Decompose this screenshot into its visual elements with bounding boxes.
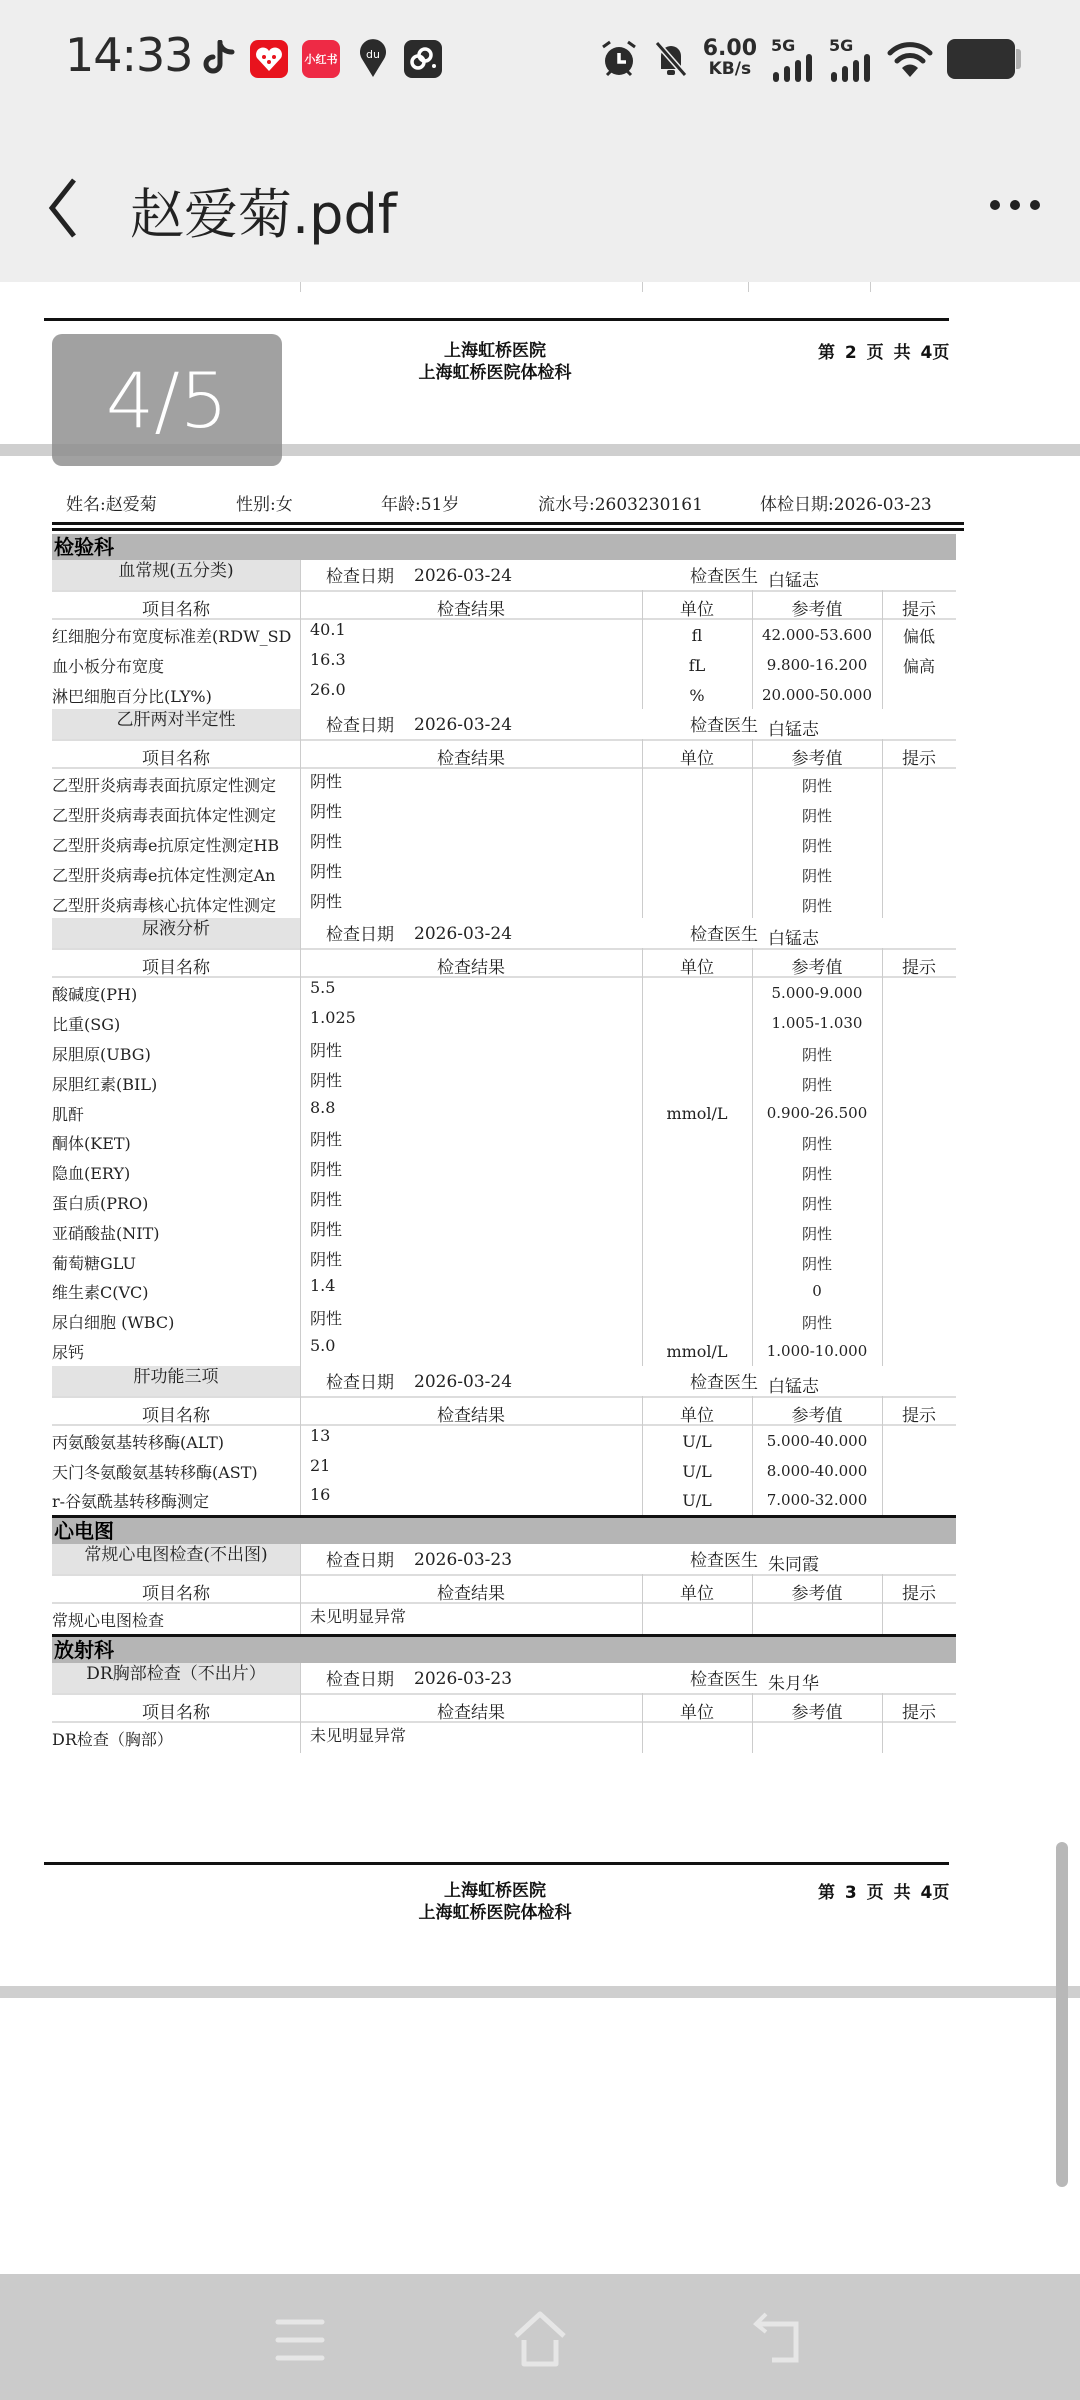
page-indicator: 4/5 xyxy=(52,334,282,466)
scrollbar[interactable] xyxy=(1056,1842,1068,2187)
navigation-bar xyxy=(0,2274,1080,2400)
item-result: 13 xyxy=(310,1426,330,1445)
item-reference: 阴性 xyxy=(752,1223,882,1244)
col-unit: 单位 xyxy=(642,595,752,620)
item-name: 乙型肝炎病毒核心抗体定性测定 xyxy=(52,893,300,916)
footer-page-number: 第 2 页 共 4页 xyxy=(818,338,949,363)
check-date-value: 2026-03-24 xyxy=(414,924,512,944)
item-result: 阴性 xyxy=(310,1068,342,1091)
table-row: 酸碱度(PH)5.55.000-9.000 xyxy=(52,978,956,1008)
table-header: 项目名称检查结果单位参考值提示 xyxy=(52,948,956,978)
item-result: 未见明显异常 xyxy=(310,1723,406,1746)
table-line xyxy=(752,590,753,709)
patient-exam-date: 体检日期:2026-03-23 xyxy=(760,490,932,515)
item-result: 5.0 xyxy=(310,1336,335,1355)
table-row: 蛋白质(PRO)阴性阴性 xyxy=(52,1187,956,1217)
item-reference: 0 xyxy=(752,1282,882,1300)
item-name: 尿胆原(UBG) xyxy=(52,1042,300,1065)
item-name: 尿钙 xyxy=(52,1340,300,1363)
col-result: 检查结果 xyxy=(300,953,642,978)
item-name: 尿胆红素(BIL) xyxy=(52,1072,300,1095)
table-line xyxy=(642,282,643,292)
table-line xyxy=(300,709,301,918)
col-unit: 单位 xyxy=(642,953,752,978)
check-date-value: 2026-03-24 xyxy=(414,1372,512,1392)
item-reference: 阴性 xyxy=(752,1253,882,1274)
table-row: 红细胞分布宽度标准差(RDW_SD40.1fl42.000-53.600偏低 xyxy=(52,620,956,650)
col-item: 项目名称 xyxy=(52,1401,300,1426)
home-icon[interactable] xyxy=(510,2310,570,2370)
exam-group-header: 乙肝两对半定性检查日期2026-03-24检查医生白锰志 xyxy=(52,709,956,739)
col-reference: 参考值 xyxy=(752,953,882,978)
department-header: 检验科 xyxy=(52,534,956,560)
col-hint: 提示 xyxy=(882,953,956,978)
item-name: 乙型肝炎病毒e抗原定性测定HB xyxy=(52,833,300,856)
col-unit: 单位 xyxy=(642,1579,752,1604)
item-reference: 7.000-32.000 xyxy=(752,1491,882,1509)
item-name: 肌酐 xyxy=(52,1102,300,1125)
table-row: 肌酐8.8mmol/L0.900-26.500 xyxy=(52,1098,956,1128)
status-bar: 14:33 小红书 du 6.00 KB/s 5G 5G xyxy=(0,0,1080,120)
menu-icon[interactable] xyxy=(270,2310,330,2370)
doctor-name: 朱同霞 xyxy=(768,1550,819,1575)
doctor-name: 白锰志 xyxy=(768,566,819,591)
item-result: 阴性 xyxy=(310,859,342,882)
table-line xyxy=(882,1574,883,1634)
status-time: 14:33 xyxy=(65,28,193,82)
col-result: 检查结果 xyxy=(300,744,642,769)
check-date-label: 检查日期 xyxy=(326,920,394,945)
exam-group-header: 常规心电图检查(不出图)检查日期2026-03-23检查医生朱同霞 xyxy=(52,1544,956,1574)
table-line xyxy=(642,1574,643,1634)
table-line xyxy=(752,739,753,918)
item-unit: mmol/L xyxy=(642,1104,752,1123)
item-unit: % xyxy=(642,686,752,705)
signal-sim2-icon: 5G xyxy=(829,36,873,82)
item-name: 葡萄糖GLU xyxy=(52,1251,300,1274)
table-line xyxy=(300,1544,301,1634)
item-unit: U/L xyxy=(642,1432,752,1451)
col-item: 项目名称 xyxy=(52,595,300,620)
doctor-name: 朱月华 xyxy=(768,1669,819,1694)
table-line xyxy=(300,918,301,1365)
page-separator xyxy=(0,1986,1080,1998)
item-name: 比重(SG) xyxy=(52,1012,300,1035)
back-icon[interactable] xyxy=(750,2310,810,2370)
table-header: 项目名称检查结果单位参考值提示 xyxy=(52,739,956,769)
battery-icon xyxy=(947,39,1015,79)
table-row: 乙型肝炎病毒表面抗体定性测定阴性阴性 xyxy=(52,799,956,829)
table-line xyxy=(300,1663,301,1753)
table-line xyxy=(882,590,883,709)
item-name: 亚硝酸盐(NIT) xyxy=(52,1221,300,1244)
item-result: 阴性 xyxy=(310,769,342,792)
table-line xyxy=(642,1396,643,1515)
table-header: 项目名称检查结果单位参考值提示 xyxy=(52,1396,956,1426)
table-row: 尿胆原(UBG)阴性阴性 xyxy=(52,1038,956,1068)
network-speed: 6.00 KB/s xyxy=(703,39,757,79)
back-arrow-icon[interactable] xyxy=(40,172,90,242)
item-name: 红细胞分布宽度标准差(RDW_SD xyxy=(52,624,300,647)
table-line xyxy=(882,739,883,918)
table-row: 丙氨酸氨基转移酶(ALT)13U/L5.000-40.000 xyxy=(52,1426,956,1456)
item-result: 21 xyxy=(310,1456,330,1475)
doctor-label: 检查医生 xyxy=(690,1665,758,1690)
col-result: 检查结果 xyxy=(300,1698,642,1723)
col-item: 项目名称 xyxy=(52,953,300,978)
item-unit: U/L xyxy=(642,1491,752,1510)
col-reference: 参考值 xyxy=(752,744,882,769)
table-row: 天门冬氨酸氨基转移酶(AST)21U/L8.000-40.000 xyxy=(52,1456,956,1486)
item-result: 阴性 xyxy=(310,829,342,852)
footer-hospital: 上海虹桥医院 上海虹桥医院体检科 xyxy=(345,340,645,384)
check-date-label: 检查日期 xyxy=(326,562,394,587)
footer-divider xyxy=(44,318,949,321)
table-row: 隐血(ERY)阴性阴性 xyxy=(52,1157,956,1187)
col-reference: 参考值 xyxy=(752,1401,882,1426)
item-result: 阴性 xyxy=(310,1306,342,1329)
table-row: 常规心电图检查未见明显异常 xyxy=(52,1604,956,1634)
header-divider xyxy=(52,522,964,525)
table-line xyxy=(752,1396,753,1515)
item-unit: mmol/L xyxy=(642,1342,752,1361)
check-date-label: 检查日期 xyxy=(326,1546,394,1571)
item-reference: 9.800-16.200 xyxy=(752,656,882,674)
exam-group-name: 血常规(五分类) xyxy=(52,560,300,590)
item-hint: 偏高 xyxy=(882,654,956,677)
item-result: 未见明显异常 xyxy=(310,1604,406,1627)
wifi-icon xyxy=(887,39,933,79)
table-header: 项目名称检查结果单位参考值提示 xyxy=(52,1574,956,1604)
item-result: 40.1 xyxy=(310,620,346,639)
item-result: 8.8 xyxy=(310,1098,335,1117)
doctor-label: 检查医生 xyxy=(690,920,758,945)
table-header: 项目名称检查结果单位参考值提示 xyxy=(52,1693,956,1723)
table-line xyxy=(300,282,301,292)
table-row: 比重(SG)1.0251.005-1.030 xyxy=(52,1008,956,1038)
item-reference: 阴性 xyxy=(752,865,882,886)
table-line xyxy=(642,590,643,709)
item-reference: 阴性 xyxy=(752,835,882,856)
table-row: DR检查（胸部）未见明显异常 xyxy=(52,1723,956,1753)
mute-bell-icon xyxy=(653,39,689,79)
table-row: 淋巴细胞百分比(LY%)26.0%20.000-50.000 xyxy=(52,680,956,710)
alarm-icon xyxy=(599,39,639,79)
table-row: 乙型肝炎病毒e抗体定性测定An阴性阴性 xyxy=(52,859,956,889)
check-date-value: 2026-03-23 xyxy=(414,1550,512,1570)
col-hint: 提示 xyxy=(882,1698,956,1723)
exam-group-name: 肝功能三项 xyxy=(52,1366,300,1396)
item-result: 16.3 xyxy=(310,650,346,669)
table-line xyxy=(752,1574,753,1634)
col-item: 项目名称 xyxy=(52,1579,300,1604)
exam-group-header: 肝功能三项检查日期2026-03-24检查医生白锰志 xyxy=(52,1366,956,1396)
item-reference: 阴性 xyxy=(752,775,882,796)
table-row: 尿钙5.0mmol/L1.000-10.000 xyxy=(52,1336,956,1366)
table-line xyxy=(882,1396,883,1515)
item-hint: 偏低 xyxy=(882,624,956,647)
col-reference: 参考值 xyxy=(752,1579,882,1604)
item-reference: 阴性 xyxy=(752,1163,882,1184)
item-unit: fl xyxy=(642,626,752,645)
doctor-label: 检查医生 xyxy=(690,1546,758,1571)
doctor-label: 检查医生 xyxy=(690,562,758,587)
item-name: 隐血(ERY) xyxy=(52,1161,300,1184)
exam-group-name: 乙肝两对半定性 xyxy=(52,709,300,739)
item-result: 1.4 xyxy=(310,1276,335,1295)
col-reference: 参考值 xyxy=(752,1698,882,1723)
item-result: 阴性 xyxy=(310,1157,342,1180)
table-row: 酮体(KET)阴性阴性 xyxy=(52,1127,956,1157)
exam-group-name: 常规心电图检查(不出图) xyxy=(52,1544,300,1574)
item-name: 酮体(KET) xyxy=(52,1131,300,1154)
doctor-label: 检查医生 xyxy=(690,1368,758,1393)
table-row: 乙型肝炎病毒表面抗原定性测定阴性阴性 xyxy=(52,769,956,799)
item-result: 阴性 xyxy=(310,1187,342,1210)
item-name: 乙型肝炎病毒表面抗原定性测定 xyxy=(52,773,300,796)
table-header: 项目名称检查结果单位参考值提示 xyxy=(52,590,956,620)
status-icons: 6.00 KB/s 5G 5G xyxy=(599,34,1015,84)
item-reference: 阴性 xyxy=(752,805,882,826)
col-unit: 单位 xyxy=(642,744,752,769)
table-line xyxy=(882,1693,883,1753)
item-reference: 0.900-26.500 xyxy=(752,1104,882,1122)
item-reference: 8.000-40.000 xyxy=(752,1462,882,1480)
item-name: 丙氨酸氨基转移酶(ALT) xyxy=(52,1430,300,1453)
item-reference: 阴性 xyxy=(752,1193,882,1214)
table-row: r-谷氨酰基转移酶测定16U/L7.000-32.000 xyxy=(52,1485,956,1515)
exam-group-header: 尿液分析检查日期2026-03-24检查医生白锰志 xyxy=(52,918,956,948)
table-line xyxy=(300,1366,301,1515)
col-reference: 参考值 xyxy=(752,595,882,620)
col-hint: 提示 xyxy=(882,744,956,769)
table-line xyxy=(752,1693,753,1753)
table-row: 乙型肝炎病毒e抗原定性测定HB阴性阴性 xyxy=(52,829,956,859)
table-line xyxy=(752,948,753,1365)
item-result: 阴性 xyxy=(310,799,342,822)
table-line xyxy=(300,560,301,709)
pdf-viewport[interactable]: 上海虹桥医院 上海虹桥医院体检科 第 2 页 共 4页 4/5 姓名:赵爱菊 性… xyxy=(0,282,1080,2272)
table-row: 维生素C(VC)1.40 xyxy=(52,1276,956,1306)
more-options-icon[interactable] xyxy=(990,200,1040,210)
item-name: 乙型肝炎病毒e抗体定性测定An xyxy=(52,863,300,886)
footer-page-number: 第 3 页 共 4页 xyxy=(818,1878,949,1903)
check-date-label: 检查日期 xyxy=(326,1665,394,1690)
check-date-value: 2026-03-24 xyxy=(414,566,512,586)
signal-sim1-icon: 5G xyxy=(771,36,815,82)
col-hint: 提示 xyxy=(882,1401,956,1426)
table-line xyxy=(882,948,883,1365)
table-row: 血小板分布宽度16.3fL9.800-16.200偏高 xyxy=(52,650,956,680)
exam-group-name: 尿液分析 xyxy=(52,918,300,948)
table-row: 尿白细胞 (WBC)阴性阴性 xyxy=(52,1306,956,1336)
baidu-map-icon: du xyxy=(354,40,392,78)
svg-text:du: du xyxy=(366,48,380,61)
item-name: 常规心电图检查 xyxy=(52,1608,300,1631)
col-item: 项目名称 xyxy=(52,744,300,769)
item-reference: 阴性 xyxy=(752,1044,882,1065)
item-reference: 1.000-10.000 xyxy=(752,1342,882,1360)
item-name: 蛋白质(PRO) xyxy=(52,1191,300,1214)
patient-name: 姓名:赵爱菊 xyxy=(66,490,157,515)
item-result: 阴性 xyxy=(310,1038,342,1061)
item-result: 阴性 xyxy=(310,1217,342,1240)
footer-divider xyxy=(44,1862,949,1865)
table-row: 尿胆红素(BIL)阴性阴性 xyxy=(52,1068,956,1098)
exam-group-header: 血常规(五分类)检查日期2026-03-24检查医生白锰志 xyxy=(52,560,956,590)
col-item: 项目名称 xyxy=(52,1698,300,1723)
item-reference: 阴性 xyxy=(752,1133,882,1154)
pinduoduo-icon xyxy=(250,40,288,78)
item-reference: 阴性 xyxy=(752,895,882,916)
item-result: 5.5 xyxy=(310,978,335,997)
item-result: 阴性 xyxy=(310,889,342,912)
col-hint: 提示 xyxy=(882,1579,956,1604)
exam-group-name: DR胸部检查（不出片） xyxy=(52,1663,300,1693)
item-result: 26.0 xyxy=(310,680,346,699)
item-reference: 5.000-40.000 xyxy=(752,1432,882,1450)
item-reference: 1.005-1.030 xyxy=(752,1014,882,1032)
item-reference: 阴性 xyxy=(752,1074,882,1095)
item-unit: U/L xyxy=(642,1462,752,1481)
check-date-label: 检查日期 xyxy=(326,711,394,736)
table-row: 亚硝酸盐(NIT)阴性阴性 xyxy=(52,1217,956,1247)
department-header: 心电图 xyxy=(52,1518,956,1544)
item-name: 血小板分布宽度 xyxy=(52,654,300,677)
item-name: 淋巴细胞百分比(LY%) xyxy=(52,684,300,707)
check-date-value: 2026-03-23 xyxy=(414,1669,512,1689)
item-unit: fL xyxy=(642,656,752,675)
item-result: 阴性 xyxy=(310,1127,342,1150)
patient-serial: 流水号:2603230161 xyxy=(538,490,703,515)
footer-hospital: 上海虹桥医院 上海虹桥医院体检科 xyxy=(345,1880,645,1924)
item-reference: 5.000-9.000 xyxy=(752,984,882,1002)
table-line xyxy=(642,739,643,918)
doctor-name: 白锰志 xyxy=(768,715,819,740)
patient-gender: 性别:女 xyxy=(236,490,293,515)
item-name: 尿白细胞 (WBC) xyxy=(52,1310,300,1333)
department-header: 放射科 xyxy=(52,1637,956,1663)
app-bar: 赵爱菊.pdf xyxy=(0,120,1080,282)
exam-group-header: DR胸部检查（不出片）检查日期2026-03-23检查医生朱月华 xyxy=(52,1663,956,1693)
col-result: 检查结果 xyxy=(300,1579,642,1604)
tiktok-icon xyxy=(200,40,238,78)
check-date-label: 检查日期 xyxy=(326,1368,394,1393)
item-result: 1.025 xyxy=(310,1008,356,1027)
baidu-netdisk-icon xyxy=(404,40,442,78)
table-line xyxy=(642,1693,643,1753)
col-hint: 提示 xyxy=(882,595,956,620)
xiaohongshu-icon: 小红书 xyxy=(302,40,340,78)
col-unit: 单位 xyxy=(642,1698,752,1723)
item-reference: 42.000-53.600 xyxy=(752,626,882,644)
table-line xyxy=(748,282,749,292)
col-result: 检查结果 xyxy=(300,595,642,620)
table-row: 乙型肝炎病毒核心抗体定性测定阴性阴性 xyxy=(52,889,956,919)
col-result: 检查结果 xyxy=(300,1401,642,1426)
item-name: r-谷氨酰基转移酶测定 xyxy=(52,1489,300,1512)
col-unit: 单位 xyxy=(642,1401,752,1426)
item-name: 维生素C(VC) xyxy=(52,1280,300,1303)
doctor-label: 检查医生 xyxy=(690,711,758,736)
doctor-name: 白锰志 xyxy=(768,924,819,949)
table-line xyxy=(870,282,871,292)
item-result: 阴性 xyxy=(310,1247,342,1270)
item-name: 天门冬氨酸氨基转移酶(AST) xyxy=(52,1460,300,1483)
patient-age: 年龄:51岁 xyxy=(381,490,459,515)
item-name: DR检查（胸部） xyxy=(52,1727,300,1750)
header-divider xyxy=(52,528,964,531)
check-date-value: 2026-03-24 xyxy=(414,715,512,735)
item-result: 16 xyxy=(310,1485,330,1504)
item-name: 乙型肝炎病毒表面抗体定性测定 xyxy=(52,803,300,826)
item-name: 酸碱度(PH) xyxy=(52,982,300,1005)
table-line xyxy=(642,948,643,1365)
item-reference: 阴性 xyxy=(752,1312,882,1333)
doctor-name: 白锰志 xyxy=(768,1372,819,1397)
document-title: 赵爱菊.pdf xyxy=(130,172,397,249)
item-reference: 20.000-50.000 xyxy=(752,686,882,704)
table-row: 葡萄糖GLU阴性阴性 xyxy=(52,1247,956,1277)
